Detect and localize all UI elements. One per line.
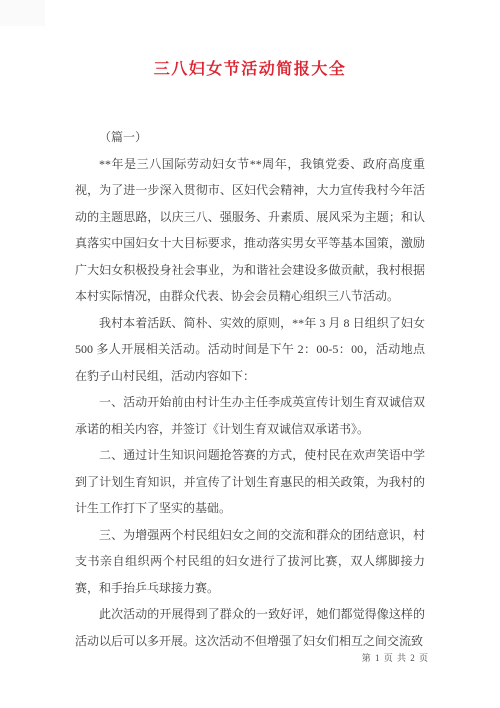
paragraph: 我村本着活跃、简朴、实效的原则，**年 3 月 8 日组织了妇女 500 多人开… bbox=[75, 310, 425, 390]
document-title: 三八妇女节活动简报大全 bbox=[0, 59, 500, 81]
document-body: （篇一） **年是三八国际劳动妇女节**周年，我镇党委、政府高度重视，为了进一步… bbox=[75, 124, 425, 654]
document-page: { "doc": { "title": "三八妇女节活动简报大全", "titl… bbox=[0, 0, 500, 708]
paragraph: 此次活动的开展得到了群众的一致好评，她们都觉得像这样的活动以后可以多开展。这次活… bbox=[75, 601, 425, 654]
paragraph: **年是三八国际劳动妇女节**周年，我镇党委、政府高度重视，为了进一步深入贯彻市… bbox=[75, 151, 425, 310]
paragraph: 三、为增强两个村民组妇女之间的交流和群众的团结意识，村支书亲自组织两个村民组的妇… bbox=[75, 522, 425, 602]
page-number: 第 1 页 共 2 页 bbox=[362, 652, 429, 664]
paragraph: 二、通过计生知识问题抢答赛的方式，使村民在欢声笑语中学到了计划生育知识，并宣传了… bbox=[75, 442, 425, 522]
paragraph: 一、活动开始前由村计生办主任李成英宣传计划生育双诚信双承诺的相关内容，并签订《计… bbox=[75, 389, 425, 442]
paragraph-heading: （篇一） bbox=[75, 124, 425, 151]
scan-artifact bbox=[0, 0, 45, 26]
